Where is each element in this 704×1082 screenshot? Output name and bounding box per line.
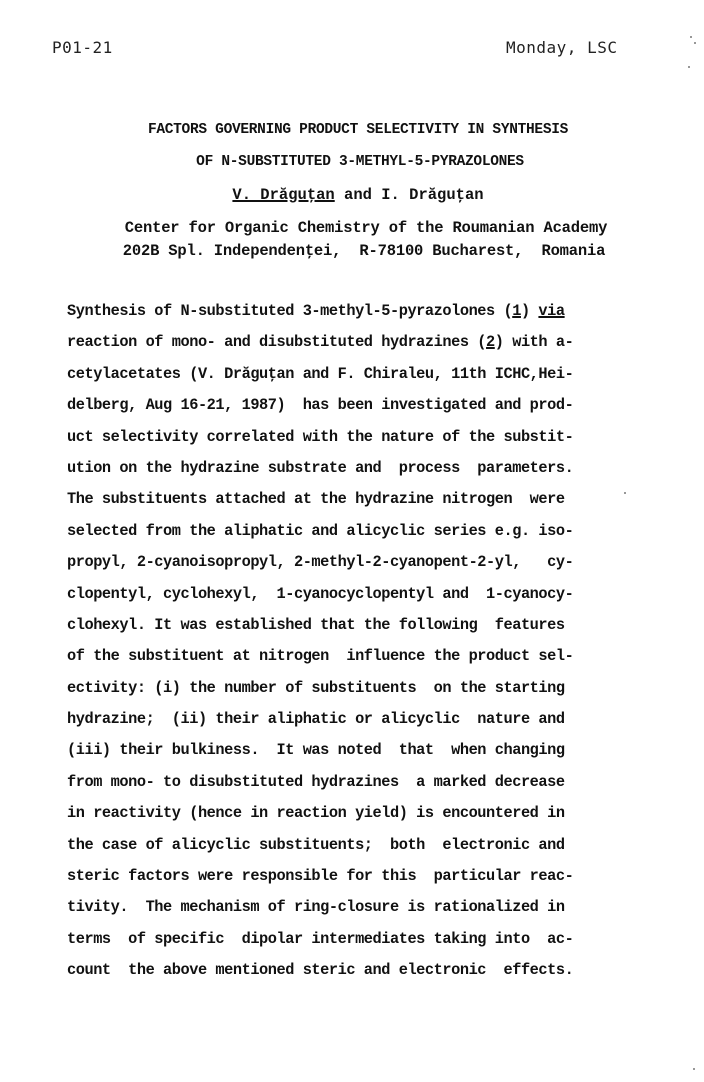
abstract-line: uct selectivity correlated with the natu… bbox=[67, 422, 637, 453]
text-segment: ) bbox=[521, 302, 538, 320]
abstract-line: clopentyl, cyclohexyl, 1-cyanocyclopenty… bbox=[67, 579, 637, 610]
abstract-line: Synthesis of N-substituted 3-methyl-5-py… bbox=[67, 296, 637, 327]
scan-speck bbox=[688, 66, 690, 68]
abstract-line: selected from the aliphatic and alicycli… bbox=[67, 516, 637, 547]
abstract-line: from mono- to disubstituted hydrazines a… bbox=[67, 767, 637, 798]
abstract-line: delberg, Aug 16-21, 1987) has been inves… bbox=[67, 390, 637, 421]
title-line-2: OF N-SUBSTITUTED 3-METHYL-5-PYRAZOLONES bbox=[8, 154, 704, 170]
abstract-line: in reactivity (hence in reaction yield) … bbox=[67, 798, 637, 829]
abstract-line: propyl, 2-cyanoisopropyl, 2-methyl-2-cya… bbox=[67, 547, 637, 578]
abstract-line: count the above mentioned steric and ele… bbox=[67, 955, 637, 986]
emphasis-via: via bbox=[538, 302, 564, 320]
scan-speck bbox=[694, 42, 696, 44]
authors: V. Drăguţan and I. Drăguţan bbox=[6, 186, 704, 204]
text-segment: ) with a- bbox=[495, 333, 574, 351]
abstract-line: hydrazine; (ii) their aliphatic or alicy… bbox=[67, 704, 637, 735]
title-line-1: FACTORS GOVERNING PRODUCT SELECTIVITY IN… bbox=[6, 122, 704, 138]
co-author: I. Drăguţan bbox=[381, 186, 483, 204]
abstract-line: cetylacetates (V. Drăguţan and F. Chiral… bbox=[67, 359, 637, 390]
compound-ref-2: 2 bbox=[486, 333, 495, 351]
abstract-line: clohexyl. It was established that the fo… bbox=[67, 610, 637, 641]
abstract-line: the case of alicyclic substituents; both… bbox=[67, 830, 637, 861]
text-segment: Synthesis of N-substituted 3-methyl-5-py… bbox=[67, 302, 512, 320]
abstract-line: reaction of mono- and disubstituted hydr… bbox=[67, 327, 637, 358]
compound-ref-1: 1 bbox=[512, 302, 521, 320]
abstract-line: (iii) their bulkiness. It was noted that… bbox=[67, 735, 637, 766]
affiliation-line-2: 202B Spl. Independenţei, R-78100 Buchare… bbox=[12, 242, 704, 260]
scan-speck bbox=[690, 36, 692, 38]
abstract-line: ectivity: (i) the number of substituents… bbox=[67, 673, 637, 704]
abstract-code: P01-21 bbox=[52, 38, 113, 57]
abstract-line: The substituents attached at the hydrazi… bbox=[67, 484, 637, 515]
abstract-body: Synthesis of N-substituted 3-methyl-5-py… bbox=[67, 296, 637, 987]
abstract-line: of the substituent at nitrogen influence… bbox=[67, 641, 637, 672]
abstract-line: terms of specific dipolar intermediates … bbox=[67, 924, 637, 955]
abstract-line: steric factors were responsible for this… bbox=[67, 861, 637, 892]
text-segment: reaction of mono- and disubstituted hydr… bbox=[67, 333, 486, 351]
authors-connector: and bbox=[335, 186, 382, 204]
presenting-author: V. Drăguţan bbox=[232, 186, 334, 204]
abstract-line: tivity. The mechanism of ring-closure is… bbox=[67, 892, 637, 923]
scan-speck bbox=[693, 1068, 695, 1070]
session-label: Monday, LSC bbox=[506, 38, 617, 57]
affiliation-line-1: Center for Organic Chemistry of the Roum… bbox=[14, 219, 704, 237]
abstract-line: ution on the hydrazine substrate and pro… bbox=[67, 453, 637, 484]
